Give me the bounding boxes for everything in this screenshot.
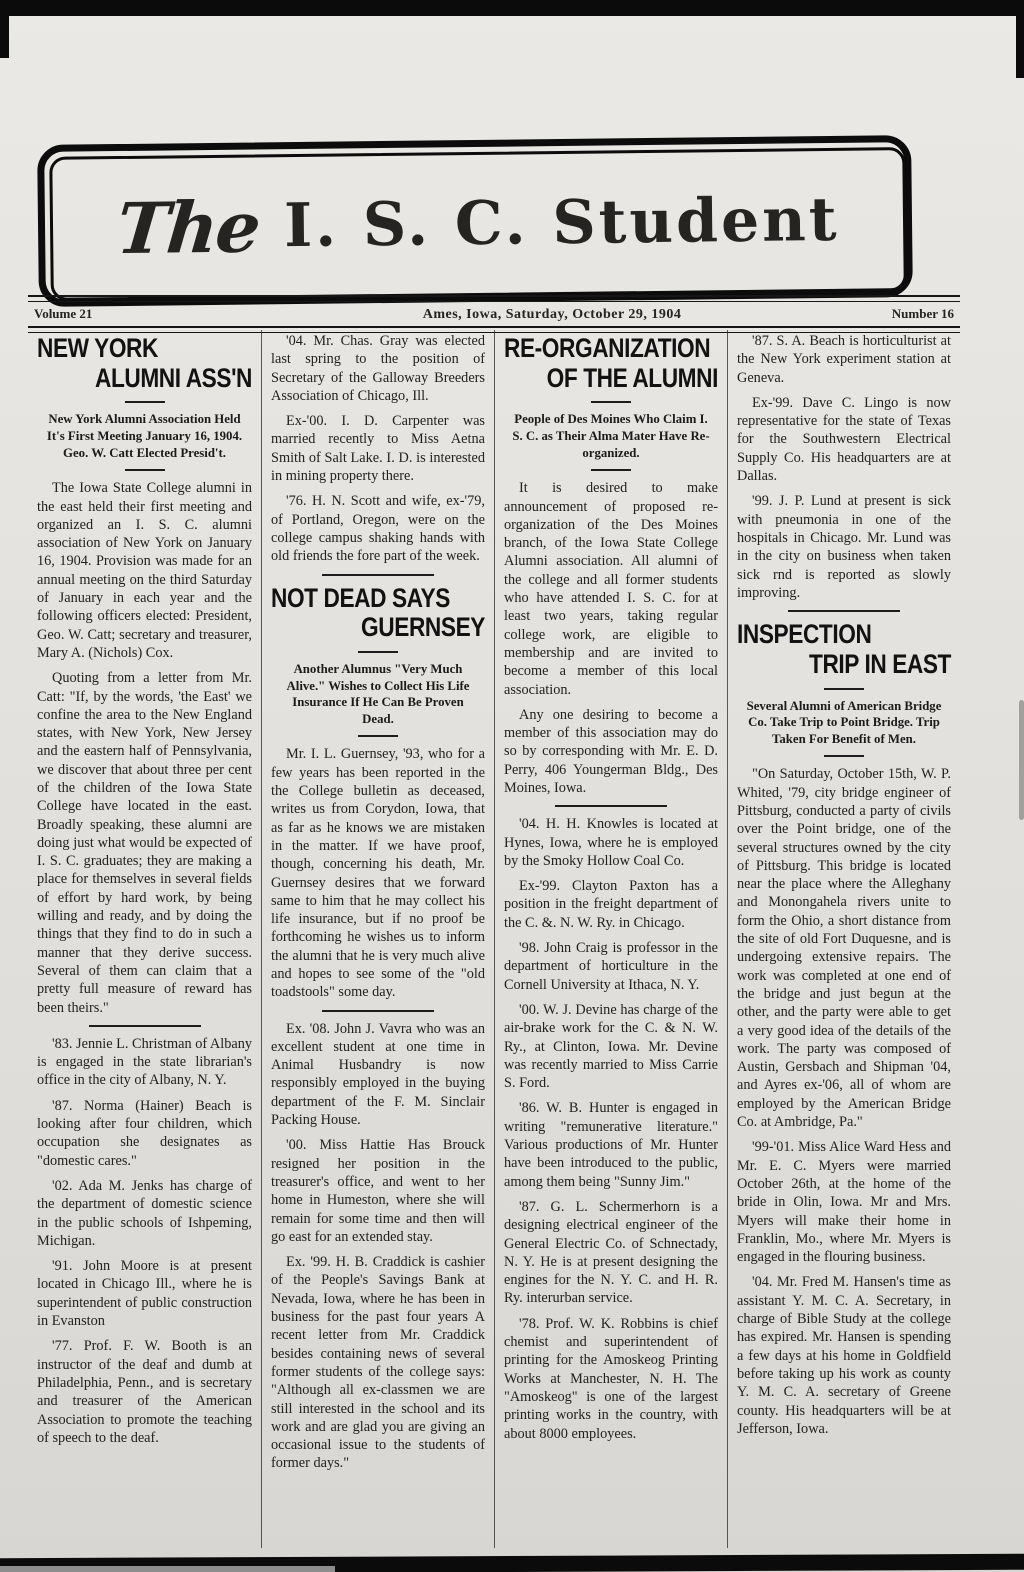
- scan-bottom-gray-strip: [0, 1566, 335, 1572]
- masthead-the-script: The: [113, 185, 262, 270]
- body-paragraph: '02. Ada M. Jenks has charge of the depa…: [37, 1177, 252, 1250]
- body-paragraph: '86. W. B. Hunter is engaged in writing …: [504, 1099, 718, 1190]
- masthead-title: I. S. C. Student: [284, 185, 840, 261]
- dateline: Volume 21 Ames, Iowa, Saturday, October …: [28, 295, 960, 333]
- section-divider-rule: [322, 574, 434, 576]
- news-column-3: RE-ORGANIZATIONOF THE ALUMNIPeople of De…: [494, 330, 727, 1548]
- news-column-1: NEW YORKALUMNI ASS'NNew York Alumni Asso…: [28, 330, 261, 1548]
- headline-reorganization-alumni: RE-ORGANIZATIONOF THE ALUMNI: [504, 334, 718, 393]
- section-divider-rule: [824, 755, 864, 757]
- section-divider-rule: [555, 805, 667, 807]
- body-paragraph: '77. Prof. F. W. Booth is an instructor …: [37, 1337, 252, 1447]
- headline-new-york-alumni: NEW YORKALUMNI ASS'N: [37, 334, 252, 393]
- body-paragraph: '04. H. H. Knowles is located at Hynes, …: [504, 815, 718, 870]
- story-subhead: New York Alumni Association Held It's Fi…: [41, 411, 248, 461]
- body-paragraph: Mr. I. L. Guernsey, '93, who for a few y…: [271, 745, 485, 1001]
- dateline-top-rule: [28, 295, 960, 302]
- headline-line: TRIP IN EAST: [771, 650, 951, 680]
- headline-inspection-trip: INSPECTIONTRIP IN EAST: [737, 620, 951, 679]
- headline-line: ALUMNI ASS'N: [71, 364, 252, 394]
- story-subhead: People of Des Moines Who Claim I. S. C. …: [508, 411, 714, 461]
- body-paragraph: '04. Mr. Chas. Gray was elected last spr…: [271, 332, 485, 405]
- body-paragraph: Ex-'00. I. D. Carpenter was married rece…: [271, 412, 485, 485]
- body-paragraph: '78. Prof. W. K. Robbins is chief chemis…: [504, 1315, 718, 1443]
- news-column-2: '04. Mr. Chas. Gray was elected last spr…: [261, 330, 494, 1548]
- body-paragraph: Ex-'99. Dave C. Lingo is now representat…: [737, 394, 951, 485]
- scan-top-bar: [0, 0, 1024, 16]
- newspaper-page: The I. S. C. Student Volume 21 Ames, Iow…: [0, 0, 1024, 1572]
- masthead-inner-border: The I. S. C. Student: [49, 147, 907, 301]
- body-paragraph: '91. John Moore is at present located in…: [37, 1257, 252, 1330]
- section-divider-rule: [788, 610, 900, 612]
- headline-line: INSPECTION: [737, 620, 917, 650]
- headline-line: OF THE ALUMNI: [538, 364, 718, 394]
- columns: NEW YORKALUMNI ASS'NNew York Alumni Asso…: [28, 330, 960, 1548]
- body-paragraph: '87. G. L. Schermerhorn is a designing e…: [504, 1198, 718, 1308]
- body-paragraph: Ex-'99. Clayton Paxton has a position in…: [504, 877, 718, 932]
- section-divider-rule: [824, 688, 864, 690]
- body-paragraph: '87. S. A. Beach is horticulturist at th…: [737, 332, 951, 387]
- body-paragraph: Ex. '99. H. B. Craddick is cashier of th…: [271, 1253, 485, 1473]
- body-paragraph: Quoting from a letter from Mr. Catt: "If…: [37, 669, 252, 1017]
- masthead-box: The I. S. C. Student: [37, 135, 913, 307]
- headline-line: NEW YORK: [37, 334, 218, 364]
- body-paragraph: It is desired to make announcement of pr…: [504, 479, 718, 699]
- body-paragraph: The Iowa State College alumni in the eas…: [37, 479, 252, 662]
- body-paragraph: '83. Jennie L. Christman of Albany is en…: [37, 1035, 252, 1090]
- section-divider-rule: [358, 735, 398, 737]
- scan-right-edge: [1016, 12, 1024, 78]
- body-paragraph: '00. W. J. Devine has charge of the air-…: [504, 1001, 718, 1092]
- story-subhead: Another Alumnus "Very Much Alive." Wishe…: [275, 661, 481, 728]
- section-divider-rule: [125, 469, 165, 471]
- section-divider-rule: [322, 1010, 434, 1012]
- section-divider-rule: [125, 401, 165, 403]
- body-paragraph: Any one desiring to become a member of t…: [504, 706, 718, 797]
- body-paragraph: Ex. '08. John J. Vavra who was an excell…: [271, 1020, 485, 1130]
- body-paragraph: '87. Norma (Hainer) Beach is looking aft…: [37, 1097, 252, 1170]
- news-column-4: '87. S. A. Beach is horticulturist at th…: [727, 330, 960, 1548]
- story-subhead: Several Alumni of American Bridge Co. Ta…: [741, 698, 947, 748]
- scan-left-edge: [0, 12, 9, 58]
- dateline-row: Volume 21 Ames, Iowa, Saturday, October …: [28, 302, 960, 326]
- body-paragraph: "On Saturday, October 15th, W. P. Whited…: [737, 765, 951, 1131]
- headline-line: GUERNSEY: [305, 613, 485, 643]
- dateline-center: Ames, Iowa, Saturday, October 29, 1904: [423, 307, 682, 323]
- section-divider-rule: [89, 1025, 201, 1027]
- volume-label: Volume 21: [34, 306, 92, 322]
- section-divider-rule: [358, 651, 398, 653]
- number-label: Number 16: [892, 306, 954, 322]
- body-paragraph: '04. Mr. Fred M. Hansen's time as assist…: [737, 1273, 951, 1438]
- scan-smudge: [1019, 700, 1024, 820]
- body-paragraph: '00. Miss Hattie Has Brouck resigned her…: [271, 1136, 485, 1246]
- section-divider-rule: [591, 469, 631, 471]
- body-paragraph: '99-'01. Miss Alice Ward Hess and Mr. E.…: [737, 1138, 951, 1266]
- section-divider-rule: [591, 401, 631, 403]
- headline-line: NOT DEAD SAYS: [271, 584, 451, 614]
- headline-not-dead-guernsey: NOT DEAD SAYSGUERNSEY: [271, 584, 485, 643]
- body-paragraph: '99. J. P. Lund at present is sick with …: [737, 492, 951, 602]
- headline-line: RE-ORGANIZATION: [504, 334, 684, 364]
- body-paragraph: '76. H. N. Scott and wife, ex-'79, of Po…: [271, 492, 485, 565]
- body-paragraph: '98. John Craig is professor in the depa…: [504, 939, 718, 994]
